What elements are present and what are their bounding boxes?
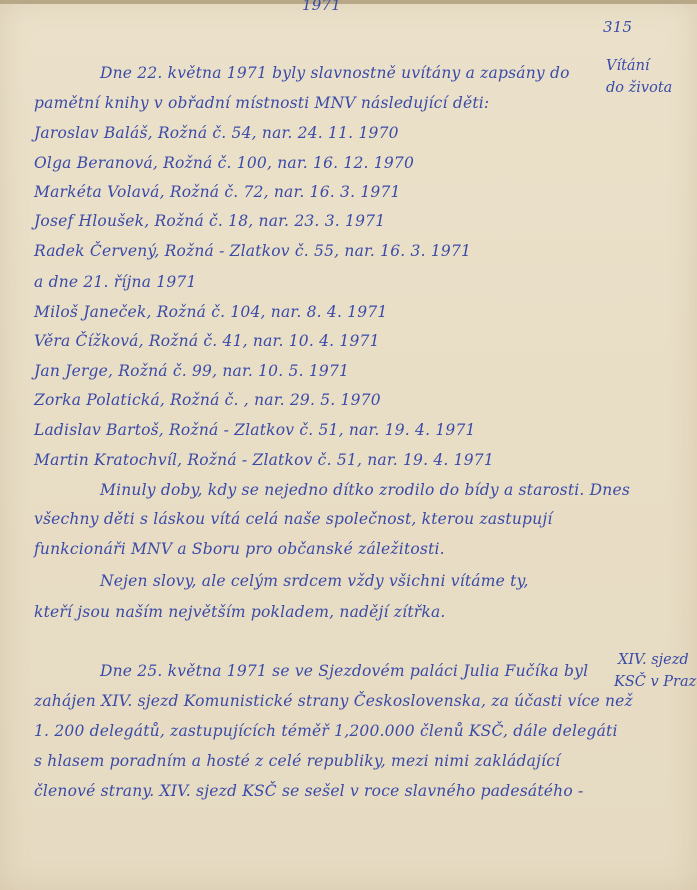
child-entry: Radek Červený, Rožná - Zlatkov č. 55, na… bbox=[34, 242, 471, 260]
child-entry: Olga Beranová, Rožná č. 100, nar. 16. 12… bbox=[34, 154, 414, 172]
margin-note-line: XIV. sjezd bbox=[618, 652, 697, 668]
child-entry: Zorka Polatická, Rožná č. , nar. 29. 5. … bbox=[34, 391, 381, 409]
paragraph-line: kteří jsou naším největším pokladem, nad… bbox=[34, 603, 446, 621]
margin-note-line: Vítání bbox=[606, 58, 672, 74]
chronicle-page: 1971 315 Vítání do života XIV. sjezd KSČ… bbox=[0, 0, 697, 890]
margin-note-line: KSČ v Praze bbox=[614, 674, 697, 690]
paragraph-line: Nejen slovy, ale celým srdcem vždy všich… bbox=[100, 572, 529, 590]
child-entry: Jan Jerge, Rožná č. 99, nar. 10. 5. 1971 bbox=[34, 362, 349, 380]
page-top-edge bbox=[0, 0, 697, 4]
second-date-line: a dne 21. října 1971 bbox=[34, 273, 197, 291]
congress-line: Dne 25. května 1971 se ve Sjezdovém palá… bbox=[100, 662, 588, 680]
congress-line: 1. 200 delegátů, zastupujících téměř 1,2… bbox=[34, 722, 618, 740]
child-entry: Martin Kratochvíl, Rožná - Zlatkov č. 51… bbox=[34, 451, 494, 469]
child-entry: Jaroslav Baláš, Rožná č. 54, nar. 24. 11… bbox=[34, 124, 399, 142]
margin-note-welcome: Vítání do života bbox=[606, 58, 672, 96]
margin-note-congress: XIV. sjezd KSČ v Praze bbox=[618, 652, 697, 690]
child-entry: Věra Čížková, Rožná č. 41, nar. 10. 4. 1… bbox=[34, 332, 380, 350]
intro-line: Dne 22. května 1971 byly slavnostně uvít… bbox=[100, 64, 570, 82]
child-entry: Markéta Volavá, Rožná č. 72, nar. 16. 3.… bbox=[34, 183, 401, 201]
congress-line: zahájen XIV. sjezd Komunistické strany Č… bbox=[34, 692, 633, 710]
page-year-header: 1971 bbox=[302, 0, 341, 14]
paragraph-line: funkcionáři MNV a Sboru pro občanské zál… bbox=[34, 540, 445, 558]
intro-line: pamětní knihy v obřadní místnosti MNV ná… bbox=[34, 94, 489, 112]
child-entry: Ladislav Bartoš, Rožná - Zlatkov č. 51, … bbox=[34, 421, 476, 439]
congress-line: členové strany. XIV. sjezd KSČ se sešel … bbox=[34, 782, 583, 800]
page-number: 315 bbox=[603, 18, 632, 36]
child-entry: Miloš Janeček, Rožná č. 104, nar. 8. 4. … bbox=[34, 303, 387, 321]
paragraph-line: všechny děti s láskou vítá celá naše spo… bbox=[34, 510, 553, 528]
margin-note-line: do života bbox=[606, 80, 672, 96]
paragraph-line: Minuly doby, kdy se nejedno dítko zrodil… bbox=[100, 481, 630, 499]
congress-line: s hlasem poradním a hosté z celé republi… bbox=[34, 752, 560, 770]
child-entry: Josef Hloušek, Rožná č. 18, nar. 23. 3. … bbox=[34, 212, 385, 230]
